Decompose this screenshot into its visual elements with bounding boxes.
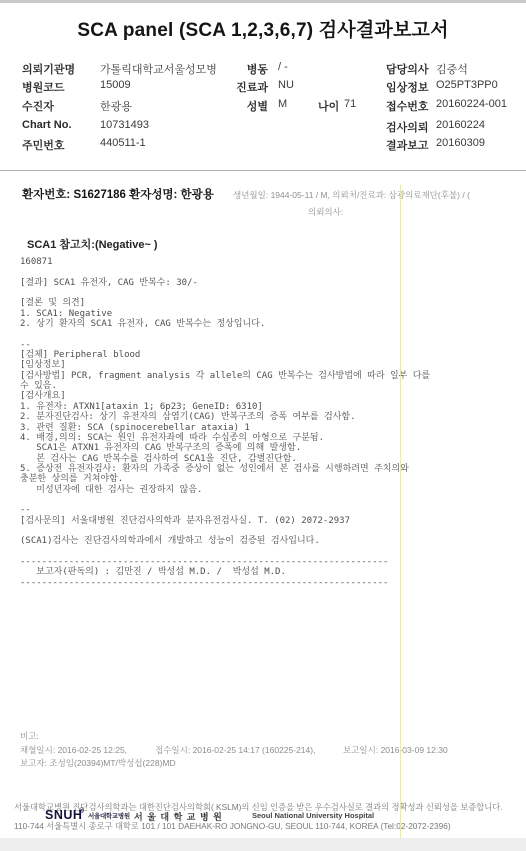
remarks-label: 비고: bbox=[20, 730, 39, 742]
scan-artifact-line bbox=[400, 185, 401, 838]
field-label-sex: 성별 bbox=[226, 98, 268, 114]
reporter-line: 보고자: 조성임(20394)MT/박성섭(228)MD bbox=[20, 757, 176, 769]
registered-mark-icon: ® bbox=[79, 808, 84, 815]
field-value-chart-no: 10731493 bbox=[100, 119, 149, 131]
field-value-doctor: 김중석 bbox=[436, 61, 468, 77]
snuh-korean-logo: 서울대학교병원 bbox=[88, 811, 130, 820]
field-label-resident-no: 주민번호 bbox=[22, 137, 65, 153]
field-label-department: 진료과 bbox=[226, 79, 268, 95]
field-value-department: NU bbox=[278, 79, 294, 91]
field-label-result-report-date: 결과보고 bbox=[386, 137, 429, 153]
field-label-hospital-code: 병원코드 bbox=[22, 79, 65, 95]
field-value-resident-no: 440511-1 bbox=[100, 137, 146, 149]
field-value-requesting-org: 가톨릭대학교서울성모병 bbox=[100, 61, 217, 77]
report-body-text: 160871 [결과] SCA1 유전자, CAG 반복수: 30/- [결론 … bbox=[20, 257, 430, 588]
report-page: SCA panel (SCA 1,2,3,6,7) 검사결과보고서 의뢰기관명 … bbox=[0, 0, 526, 851]
referring-doctor-label: 의뢰의사: bbox=[308, 206, 343, 218]
field-value-examinee: 한광용 bbox=[100, 98, 132, 114]
field-label-chart-no: Chart No. bbox=[22, 119, 72, 131]
top-border bbox=[0, 0, 526, 3]
field-label-requesting-org: 의뢰기관명 bbox=[22, 61, 75, 77]
field-label-ward: 병동 bbox=[226, 61, 268, 77]
hospital-address: 110-744 서울특별시 종로구 대학로 101 / 101 DAEHAK-R… bbox=[14, 820, 451, 832]
field-value-clinical-info: O25PT3PP0 bbox=[436, 79, 498, 91]
field-value-test-request-date: 20160224 bbox=[436, 119, 485, 131]
report-title: SCA panel (SCA 1,2,3,6,7) 검사결과보고서 bbox=[0, 15, 526, 42]
field-value-hospital-code: 15009 bbox=[100, 79, 131, 91]
patient-ids: 환자번호: S1627186 환자성명: 한광용 bbox=[22, 186, 214, 202]
section-divider bbox=[0, 170, 526, 171]
field-label-test-request-date: 검사의뢰 bbox=[386, 119, 429, 135]
field-value-sex: M bbox=[278, 98, 287, 110]
field-label-doctor: 담당의사 bbox=[386, 61, 429, 77]
collect-time: 채혈일시: 2016-02-25 12:25, bbox=[20, 744, 127, 756]
field-value-ward: / - bbox=[278, 61, 288, 73]
reference-range-line: SCA1 참고치:(Negative~ ) bbox=[27, 236, 158, 252]
field-label-clinical-info: 임상정보 bbox=[386, 79, 429, 95]
field-value-result-report-date: 20160309 bbox=[436, 137, 485, 149]
field-value-receipt-no: 20160224-001 bbox=[436, 98, 507, 110]
field-value-age: 71 bbox=[344, 98, 356, 110]
bottom-border bbox=[0, 838, 526, 851]
patient-birth-info: 생년월일: 1944-05-11 / M, 의뢰처/진료과: 삼광의료재단(후불… bbox=[233, 189, 470, 201]
field-label-receipt-no: 접수번호 bbox=[386, 98, 429, 114]
field-label-examinee: 수진자 bbox=[22, 98, 54, 114]
report-time: 보고일시: 2016-03-09 12:30 bbox=[343, 744, 448, 756]
field-label-age: 나이 bbox=[318, 98, 339, 114]
hospital-name-english: Seoul National University Hospital bbox=[252, 811, 374, 820]
receipt-time: 접수일시: 2016-02-25 14:17 (160225-214), bbox=[155, 744, 315, 756]
